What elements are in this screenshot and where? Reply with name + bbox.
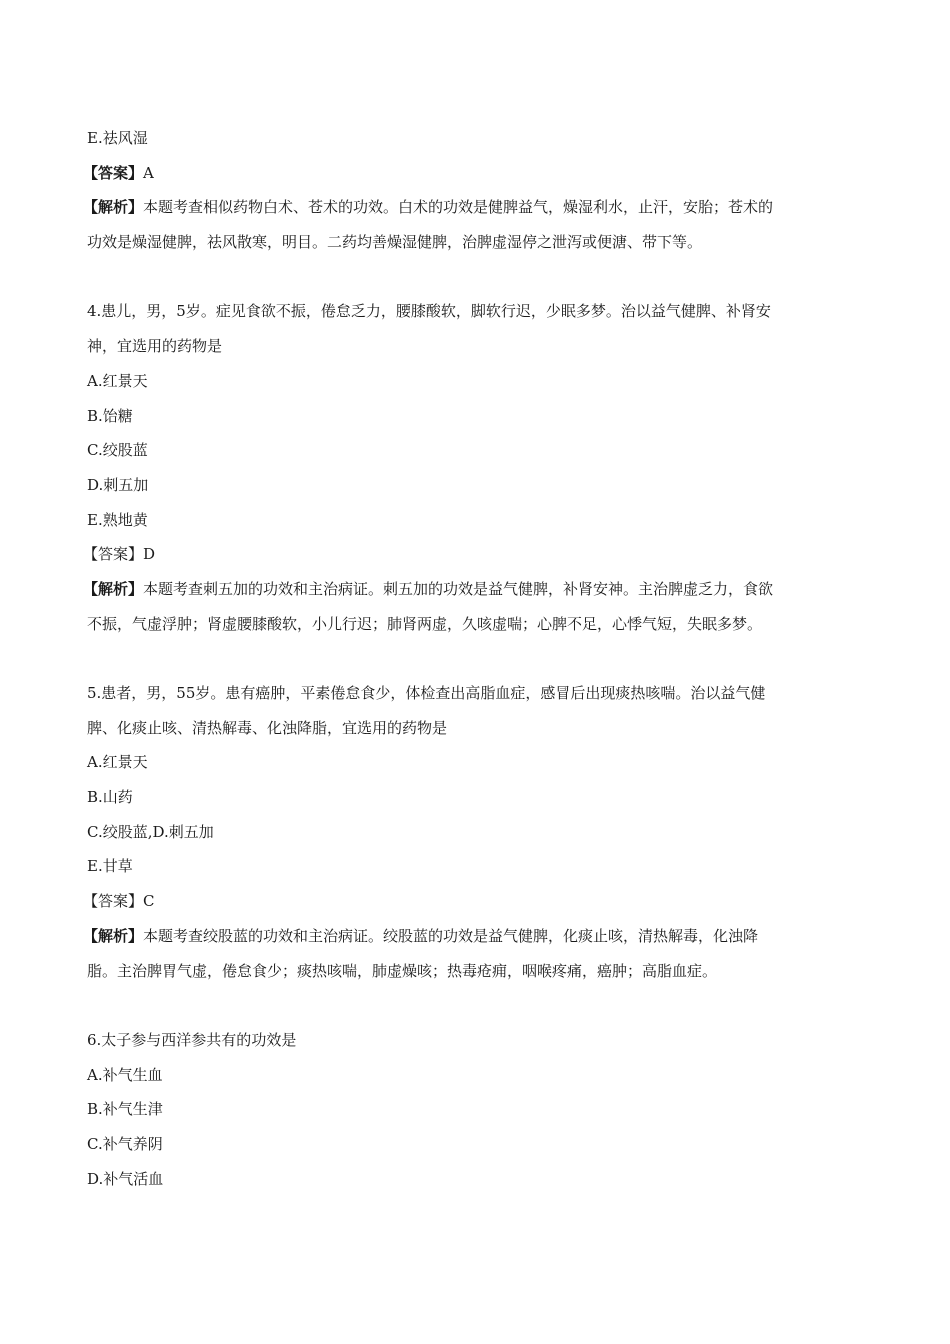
- analysis-text: 本题考查刺五加的功效和主治病证。刺五加的功效是益气健脾，补肾安神。主治脾虚乏力，…: [143, 580, 773, 598]
- answer-value: D: [143, 545, 155, 563]
- q5-option-a: A.红景天: [87, 745, 865, 780]
- answer-label: 【答案】: [83, 545, 143, 563]
- q6-option-c: C.补气养阴: [87, 1127, 865, 1162]
- spacer: [87, 641, 865, 676]
- analysis-label: 【解析】: [83, 927, 143, 945]
- q5-option-b: B.山药: [87, 780, 865, 815]
- q3-analysis-line-2: 功效是燥湿健脾，祛风散寒，明目。二药均善燥湿健脾，治脾虚湿停之泄泻或便溏、带下等…: [87, 225, 865, 260]
- answer-label: 【答案】: [83, 892, 143, 910]
- q4-option-c: C.绞股蓝: [87, 433, 865, 468]
- answer-value: A: [143, 164, 154, 182]
- spacer: [87, 260, 865, 295]
- spacer: [87, 988, 865, 1023]
- q5-stem-line-1: 5.患者，男，55岁。患有癌肿，平素倦怠食少，体检查出高脂血症，感冒后出现痰热咳…: [87, 676, 865, 711]
- q4-option-b: B.饴糖: [87, 399, 865, 434]
- q3-option-e: E.祛风湿: [87, 121, 865, 156]
- q6-option-d: D.补气活血: [87, 1162, 865, 1197]
- q5-analysis-line-2: 脂。主治脾胃气虚，倦怠食少；痰热咳喘，肺虚燥咳；热毒疮痈，咽喉疼痛，癌肿；高脂血…: [87, 954, 865, 989]
- q6-option-b: B.补气生津: [87, 1092, 865, 1127]
- analysis-label: 【解析】: [83, 198, 143, 216]
- q4-analysis-line-1: 【解析】本题考查刺五加的功效和主治病证。刺五加的功效是益气健脾，补肾安神。主治脾…: [87, 572, 865, 607]
- q3-answer: 【答案】A: [87, 156, 865, 191]
- q5-option-c-d: C.绞股蓝,D.刺五加: [87, 815, 865, 850]
- q4-option-d: D.刺五加: [87, 468, 865, 503]
- q5-answer: 【答案】C: [87, 884, 865, 919]
- q4-option-e: E.熟地黄: [87, 503, 865, 538]
- answer-value: C: [143, 892, 154, 910]
- answer-label: 【答案】: [83, 164, 143, 182]
- analysis-label: 【解析】: [83, 580, 143, 598]
- q4-option-a: A.红景天: [87, 364, 865, 399]
- q5-stem-line-2: 脾、化痰止咳、清热解毒、化浊降脂，宜选用的药物是: [87, 711, 865, 746]
- q6-option-a: A.补气生血: [87, 1058, 865, 1093]
- analysis-text: 本题考查相似药物白术、苍术的功效。白术的功效是健脾益气，燥湿利水，止汗，安胎；苍…: [143, 198, 773, 216]
- analysis-text: 本题考查绞股蓝的功效和主治病证。绞股蓝的功效是益气健脾，化痰止咳，清热解毒，化浊…: [143, 927, 758, 945]
- q4-stem-line-1: 4.患儿，男，5岁。症见食欲不振，倦怠乏力，腰膝酸软，脚软行迟，少眠多梦。治以益…: [87, 294, 865, 329]
- q4-stem-line-2: 神，宜选用的药物是: [87, 329, 865, 364]
- document-page: E.祛风湿 【答案】A 【解析】本题考查相似药物白术、苍术的功效。白术的功效是健…: [87, 121, 865, 1196]
- q3-analysis-line-1: 【解析】本题考查相似药物白术、苍术的功效。白术的功效是健脾益气，燥湿利水，止汗，…: [87, 190, 865, 225]
- q4-answer: 【答案】D: [87, 537, 865, 572]
- q6-stem-line-1: 6.太子参与西洋参共有的功效是: [87, 1023, 865, 1058]
- q5-analysis-line-1: 【解析】本题考查绞股蓝的功效和主治病证。绞股蓝的功效是益气健脾，化痰止咳，清热解…: [87, 919, 865, 954]
- q4-analysis-line-2: 不振，气虚浮肿；肾虚腰膝酸软，小儿行迟；肺肾两虚，久咳虚喘；心脾不足，心悸气短，…: [87, 607, 865, 642]
- q5-option-e: E.甘草: [87, 849, 865, 884]
